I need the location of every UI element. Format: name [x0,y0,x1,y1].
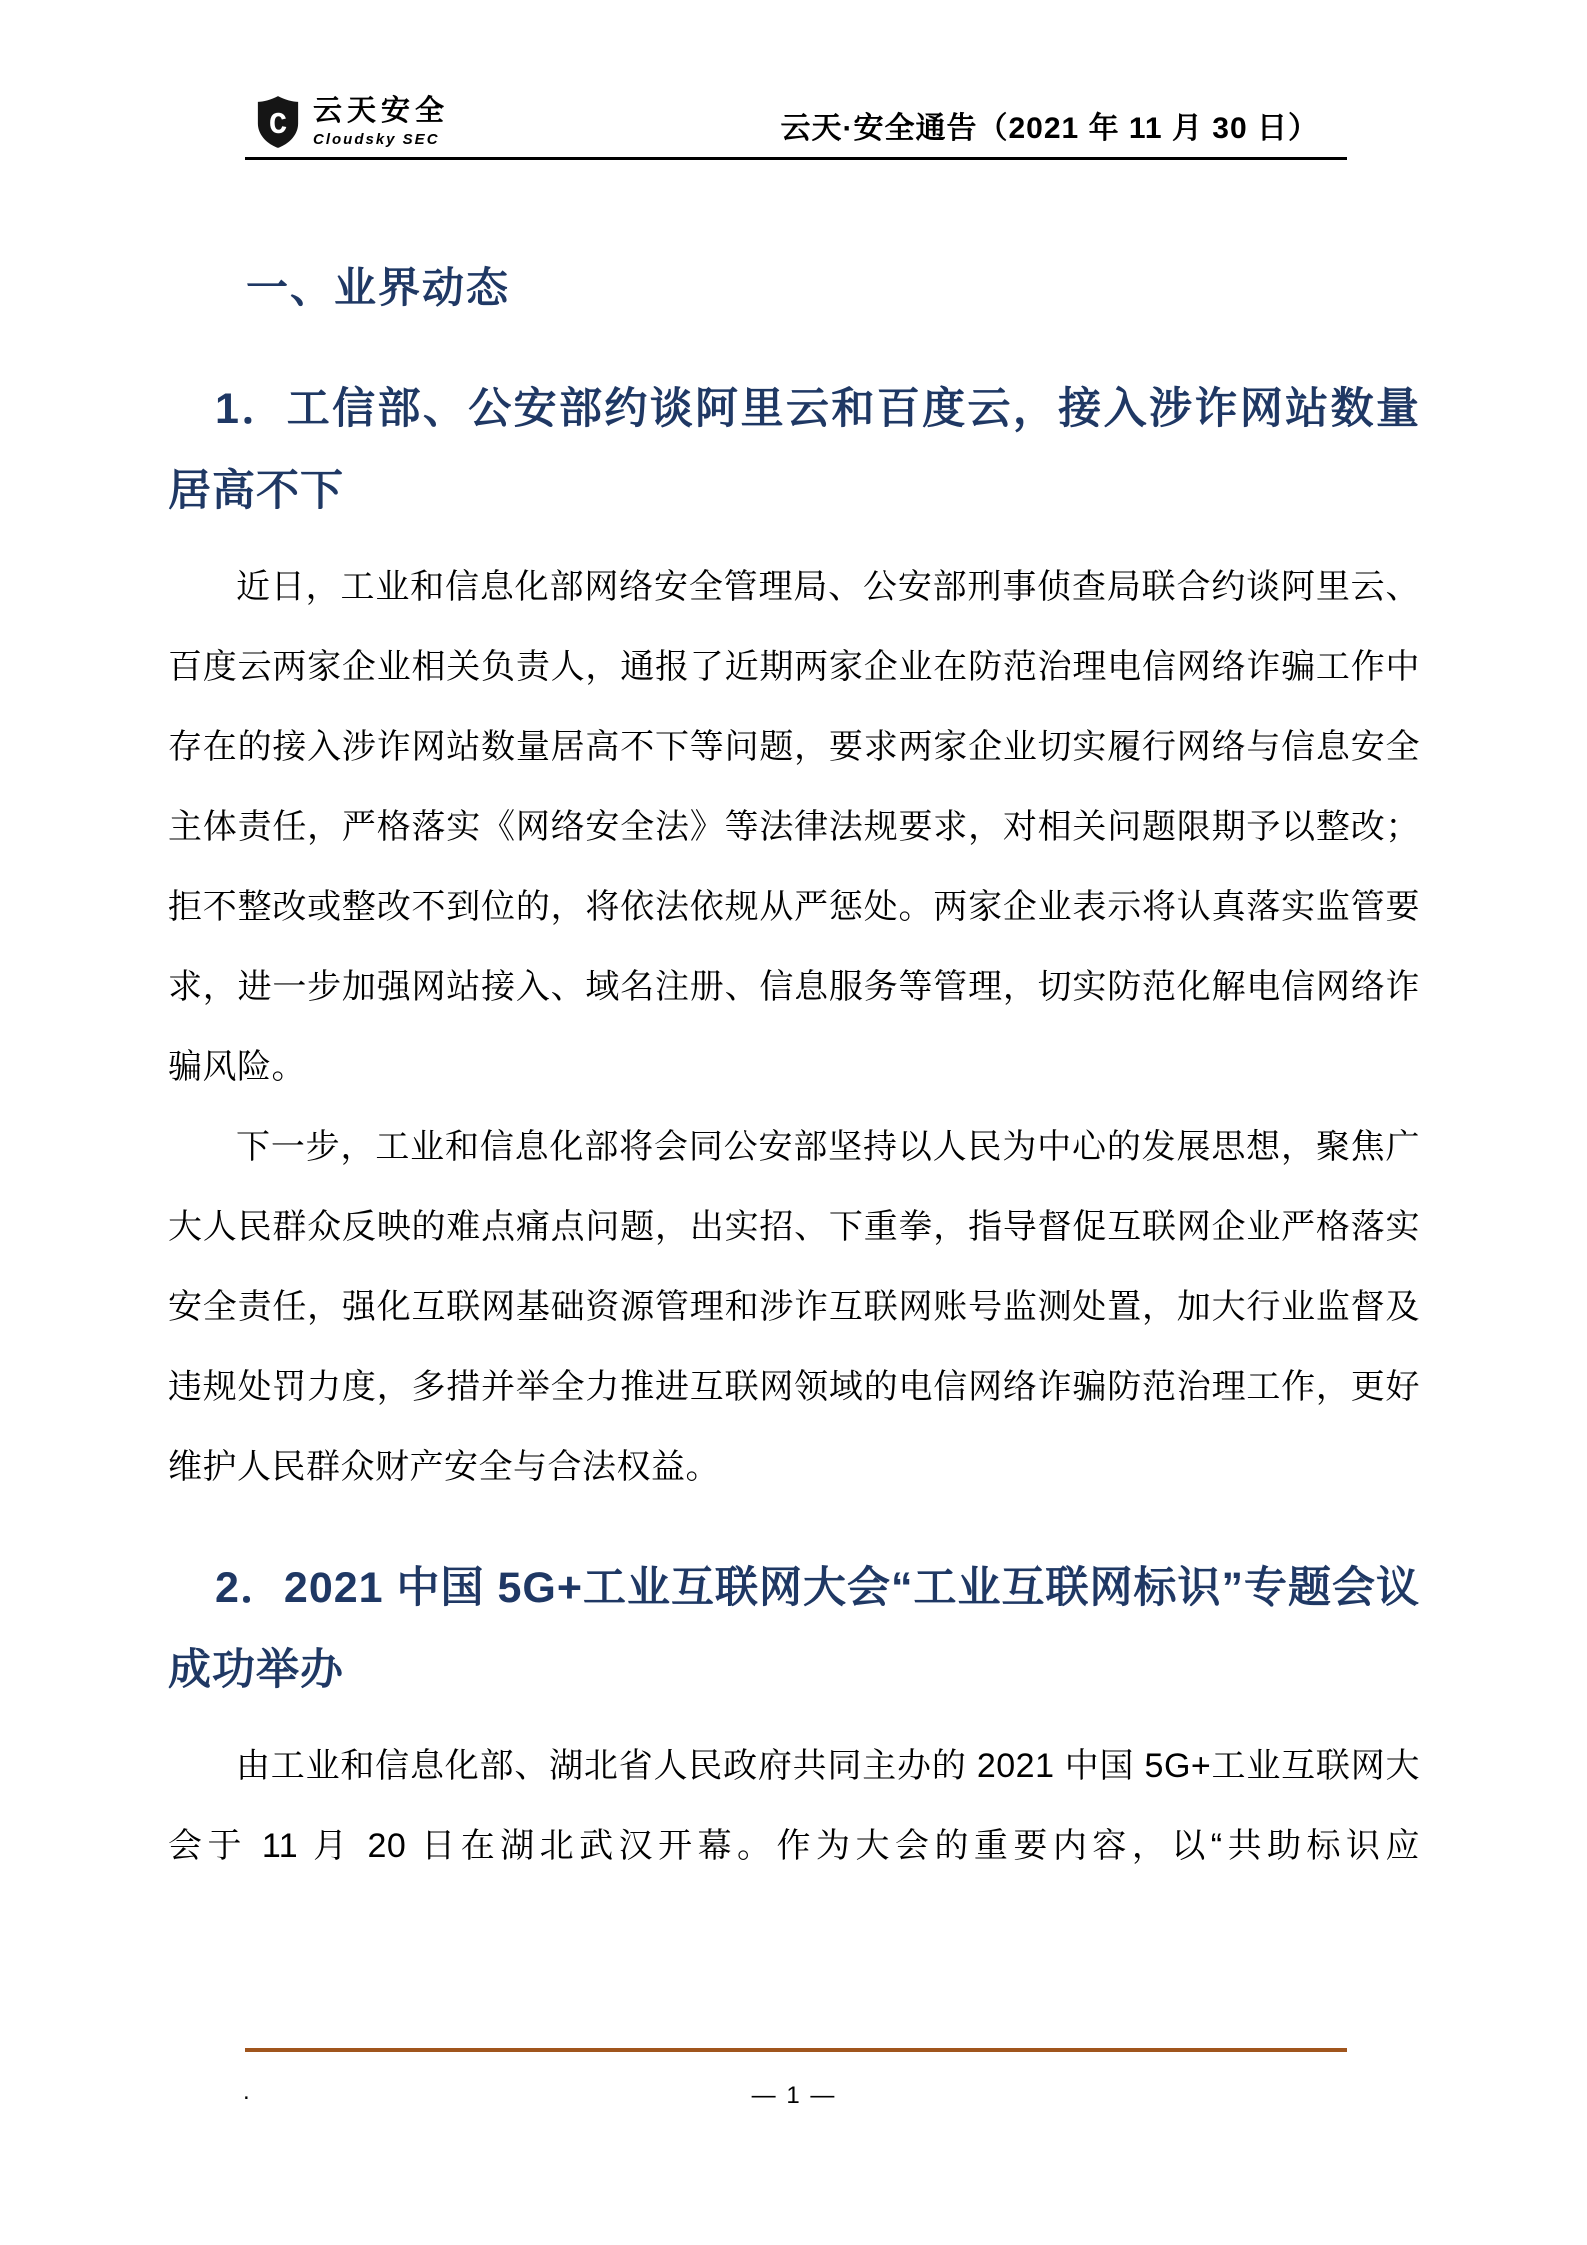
brand-name-en: Cloudsky SEC [313,131,449,148]
header-divider [245,157,1347,160]
articles-container: 1．工信部、公安部约谈阿里云和百度云，接入涉诈网站数量居高不下近日，工业和信息化… [168,368,1420,1886]
article-heading-1: 1．工信部、公安部约谈阿里云和百度云，接入涉诈网站数量居高不下 [168,368,1420,532]
shield-c-icon: C [255,94,301,150]
footer-divider [245,2048,1347,2052]
bulletin-title: 云天·安全通告（2021 年 11 月 30 日） [781,103,1320,147]
article-paragraph: 近日，工业和信息化部网络安全管理局、公安部刑事侦查局联合约谈阿里云、百度云两家企… [168,547,1420,1107]
document-content: 一、业界动态 1．工信部、公安部约谈阿里云和百度云，接入涉诈网站数量居高不下近日… [168,248,1420,1886]
article-heading-2: 2．2021 中国 5G+工业互联网大会“工业互联网标识”专题会议成功举办 [168,1547,1420,1711]
document-page: C 云天安全 Cloudsky SEC 云天·安全通告（2021 年 11 月 … [0,0,1587,2245]
article-paragraph: 下一步，工业和信息化部将会同公安部坚持以人民为中心的发展思想，聚焦广大人民群众反… [168,1107,1420,1507]
section-title: 一、业界动态 [168,248,1420,328]
brand-logo: C 云天安全 Cloudsky SEC [255,94,449,150]
svg-text:C: C [269,109,287,143]
article-paragraph: 由工业和信息化部、湖北省人民政府共同主办的 2021 中国 5G+工业互联网大会… [168,1726,1420,1886]
brand-name-cn: 云天安全 [313,96,449,128]
brand-text: 云天安全 Cloudsky SEC [313,96,449,148]
page-number: — 1 — [168,2082,1420,2110]
